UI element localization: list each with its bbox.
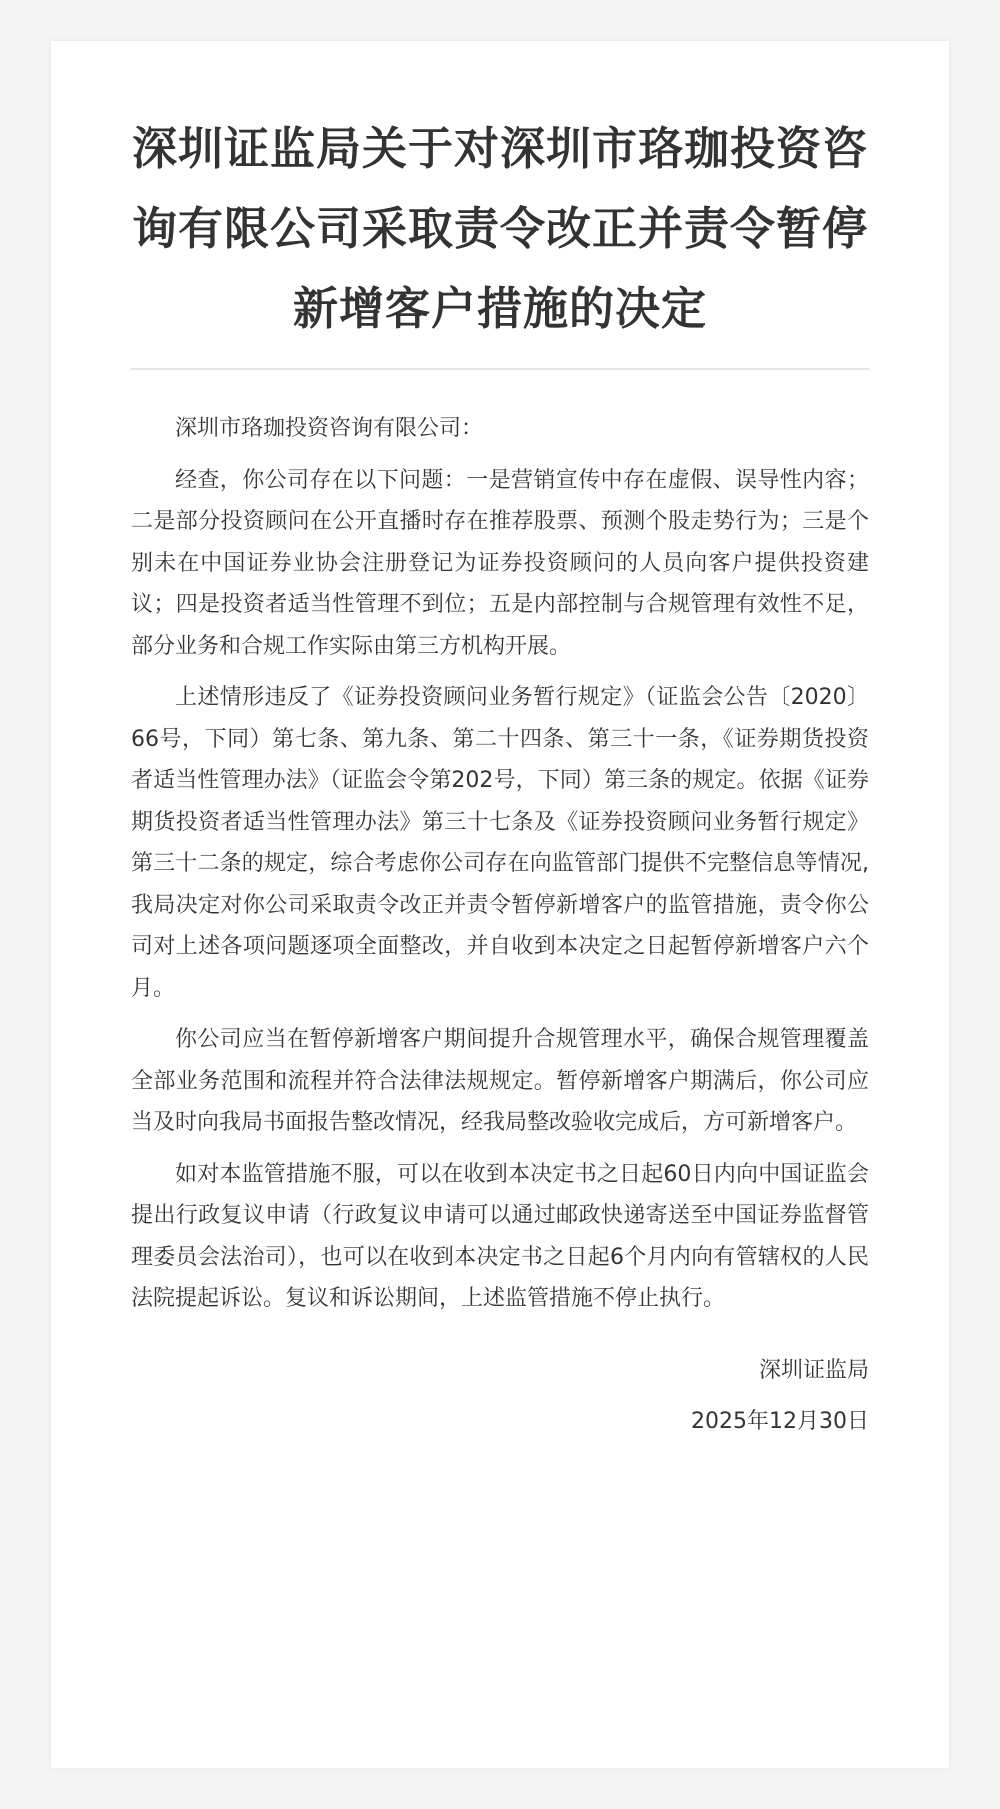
paragraph-rectification: 你公司应当在暂停新增客户期间提升合规管理水平，确保合规管理覆盖全部业务范围和流程… <box>131 1019 869 1144</box>
paragraph-appeal-rights: 如对本监管措施不服，可以在收到本决定书之日起60日内向中国证监会提出行政复议申请… <box>131 1154 869 1320</box>
document-content: 深圳证监局关于对深圳市珞珈投资咨询有限公司采取责令改正并责令暂停新增客户措施的决… <box>131 41 869 1443</box>
document-body: 深圳市珞珈投资咨询有限公司： 经查，你公司存在以下问题：一是营销宣传中存在虚假、… <box>131 408 869 1443</box>
issuer-signature: 深圳证监局 <box>131 1350 869 1392</box>
paragraph-findings: 经查，你公司存在以下问题：一是营销宣传中存在虚假、误导性内容；二是部分投资顾问在… <box>131 460 869 668</box>
paragraph-violations-decision: 上述情形违反了《证券投资顾问业务暂行规定》（证监会公告〔2020〕66号，下同）… <box>131 677 869 1009</box>
document-title: 深圳证监局关于对深圳市珞珈投资咨询有限公司采取责令改正并责令暂停新增客户措施的决… <box>131 41 869 349</box>
issue-date: 2025年12月30日 <box>131 1401 869 1443</box>
salutation: 深圳市珞珈投资咨询有限公司： <box>131 408 869 450</box>
document-card: 深圳证监局关于对深圳市珞珈投资咨询有限公司采取责令改正并责令暂停新增客户措施的决… <box>51 41 949 1768</box>
title-divider <box>131 368 869 370</box>
